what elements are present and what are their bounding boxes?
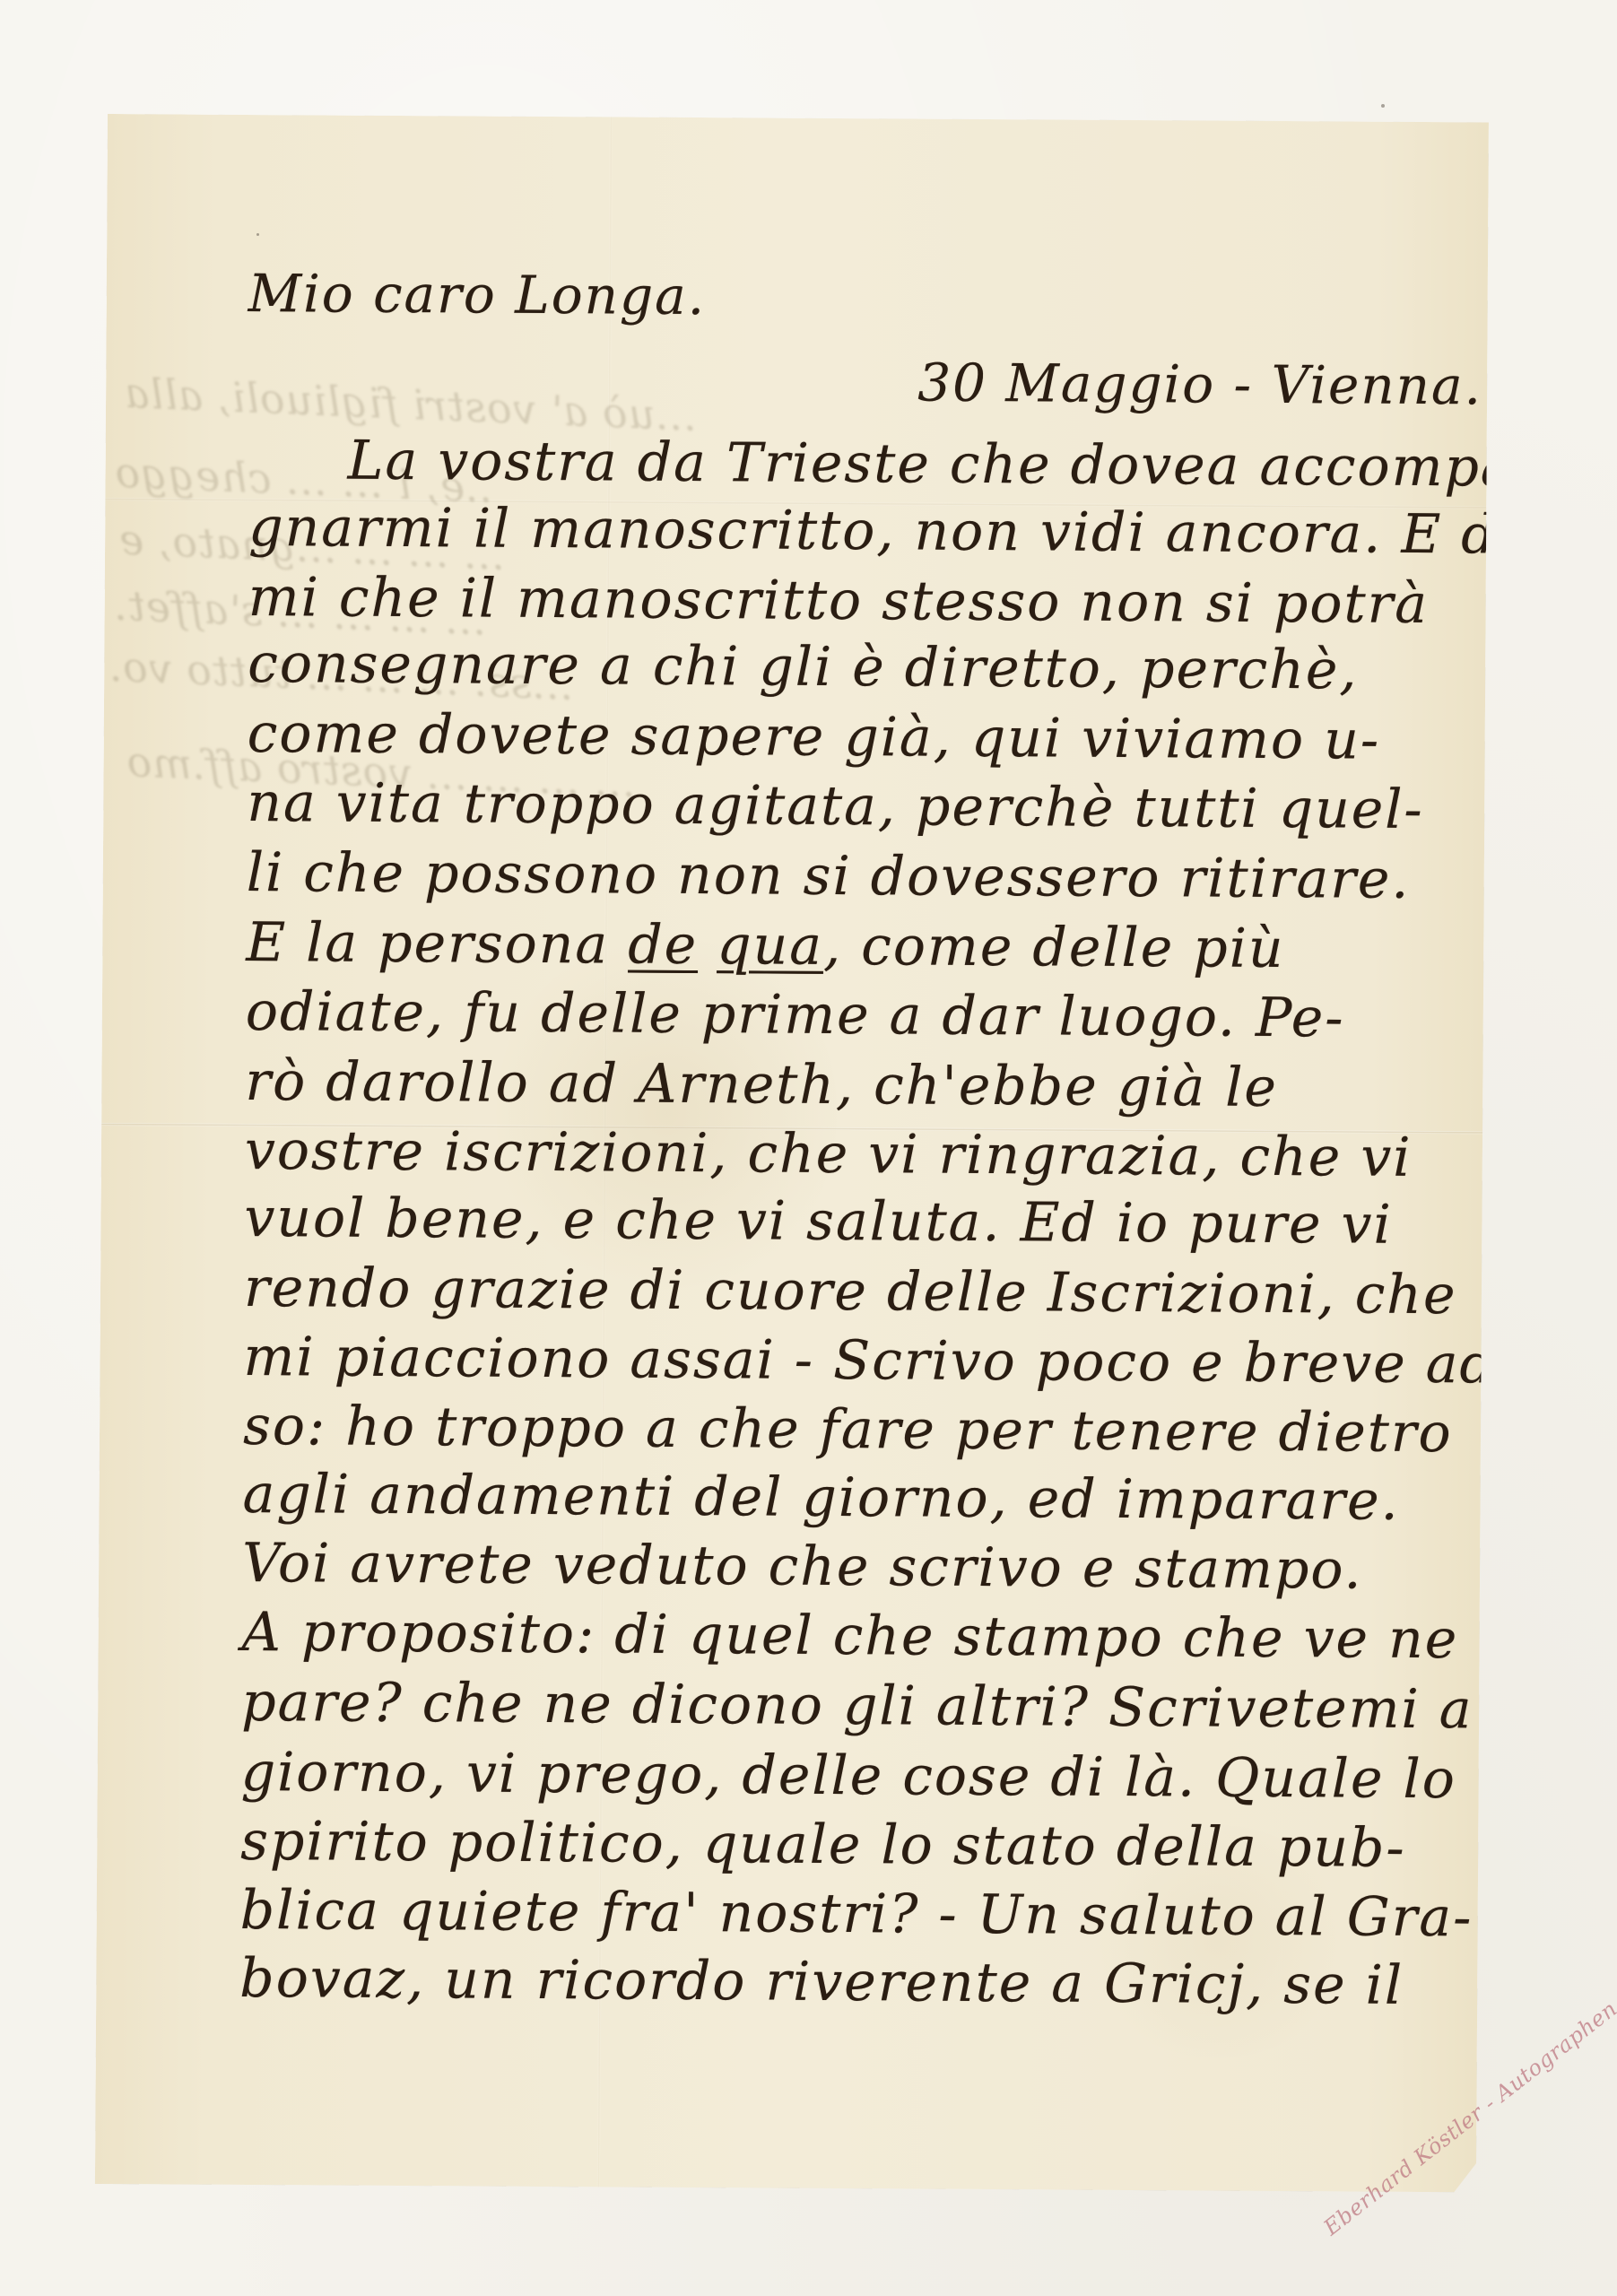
letter-line: gnarmi il manoscritto, non vidi ancora. …: [248, 500, 1554, 562]
salutation: Mio caro Longa.: [248, 267, 707, 322]
paper-speck: [1381, 104, 1385, 108]
line-part: [698, 914, 717, 977]
letter-line: La vostra da Trieste che dovea accompa-: [347, 434, 1534, 495]
letter-line: bovaz, un ricordo riverente a Gricj, se …: [239, 1952, 1404, 2013]
letter-line: blica quiete fra' nostri? - Un saluto al…: [240, 1883, 1474, 1944]
letter-line: na vita troppo agitata, perchè tutti que…: [247, 776, 1424, 837]
letter-line: mi piacciono assai - Scrivo poco e breve…: [243, 1330, 1516, 1392]
letter-line: agli andamenti del giorno, ed imparare.: [242, 1467, 1399, 1528]
underlined-word: de: [628, 914, 698, 977]
line-part: , come delle più: [823, 915, 1285, 980]
letter-line: giorno, vi prego, delle cose di là. Qual…: [241, 1745, 1457, 1806]
letter-line: vuol bene, e che vi saluta. Ed io pure v…: [244, 1191, 1393, 1252]
letter-line: so: ho troppo a che fare per tenere diet…: [243, 1399, 1453, 1460]
letter-line: rendo grazie di cuore delle Iscrizioni, …: [244, 1261, 1457, 1322]
letter-line: rò darollo ad Arneth, ch'ebbe già le: [245, 1055, 1278, 1115]
letter-line: vostre iscrizioni, che vi ringrazia, che…: [245, 1124, 1413, 1185]
line-part: E la persona: [246, 911, 628, 977]
underlined-word: qua: [717, 914, 823, 978]
letter-line: odiate, fu delle prime a dar luogo. Pe-: [246, 985, 1345, 1045]
letter-line: consegnare a chi gli è diretto, perchè,: [248, 637, 1359, 698]
letter-line: li che possono non si dovessero ritirare…: [247, 846, 1411, 907]
letter-line: E la persona de qua, come delle più: [246, 916, 1285, 976]
letter-line: pare? che ne dicono gli altri? Scrivetem…: [241, 1675, 1474, 1736]
letter-line: come dovete sapere già, qui viviamo u-: [248, 707, 1381, 768]
letter-line: Voi avrete veduto che scrivo e stampo.: [242, 1536, 1363, 1597]
letter-body: Mio caro Longa. 30 Maggio - Vienna. La v…: [95, 114, 1489, 2192]
letter-sheet: ...uò a' vostri figliuoli, alla ..e, i .…: [95, 114, 1489, 2192]
dateline: 30 Maggio - Vienna.: [917, 357, 1482, 413]
letter-line: mi che il manoscritto stesso non si potr…: [248, 570, 1430, 631]
letter-line: spirito politico, quale lo stato della p…: [240, 1814, 1406, 1875]
paper-speck: [256, 233, 259, 236]
letter-line: A proposito: di quel che stampo che ve n…: [241, 1605, 1458, 1666]
